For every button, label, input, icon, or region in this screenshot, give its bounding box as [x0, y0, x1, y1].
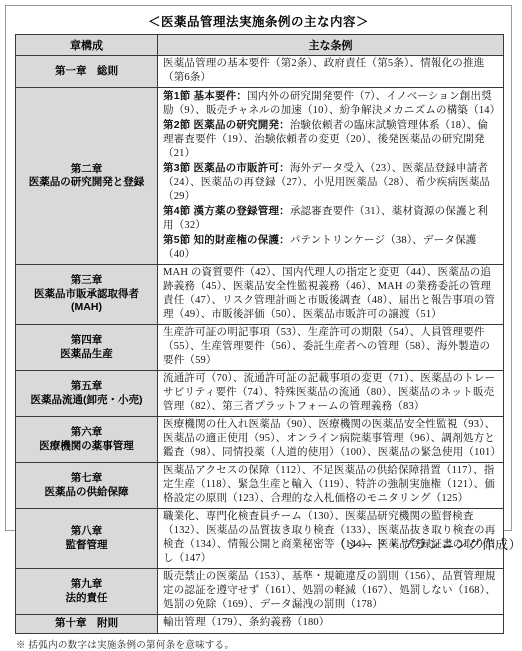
table-row: 第十章 附則輸出管理（179）、条約義務（180） [16, 615, 504, 634]
article-item: 第3節 医薬品の市販許可：海外データ受入（23）、医薬品登録申請者（24）、医薬… [163, 161, 498, 204]
header-articles-column: 主な条例 [158, 35, 504, 56]
articles-cell: 第1節 基本要件：国内外の研究開発要件（7）、イノベーション創出奨励（9）、販売… [158, 88, 504, 265]
articles-cell: 医薬品管理の基本要件（第2条）、政府責任（第5条）、情報化の推進（第6条） [158, 56, 504, 88]
source-credit: （シード・プランニング作成） [333, 534, 522, 553]
chapter-cell: 第六章医療機関の薬事管理 [16, 417, 158, 463]
table-row: 第二章医薬品の研究開発と登録第1節 基本要件：国内外の研究開発要件（7）、イノベ… [16, 88, 504, 265]
chapter-cell: 第三章医薬品市販承認取得者(MAH) [16, 265, 158, 325]
article-item: 医薬品管理の基本要件（第2条）、政府責任（第5条）、情報化の推進（第6条） [163, 57, 498, 85]
article-item: 医薬品アクセスの保障（112）、不足医薬品の供給保障措置（117）、指定生産（1… [163, 464, 498, 506]
chapter-cell: 第四章医薬品生産 [16, 325, 158, 371]
article-item: 輸出管理（179）、条約義務（180） [163, 616, 498, 630]
article-item: 第1節 基本要件：国内外の研究開発要件（7）、イノベーション創出奨励（9）、販売… [163, 89, 498, 118]
table-row: 第一章 総則医薬品管理の基本要件（第2条）、政府責任（第5条）、情報化の推進（第… [16, 56, 504, 88]
document-canvas: ＜医薬品管理法実施条例の主な内容＞ 章構成 主な条例 第一章 総則医薬品管理の基… [0, 0, 522, 555]
header-row: 章構成 主な条例 [16, 35, 504, 56]
article-item: 第5節 知的財産権の保護：パテントリンケージ（38）、データ保護（40） [163, 233, 498, 262]
table-row: 第七章医薬品の供給保障医薬品アクセスの保障（112）、不足医薬品の供給保障措置（… [16, 463, 504, 509]
article-item: 第2節 医薬品の研究開発：治験依頼者の臨床試験管理体系（18）、倫理審査要件（1… [163, 118, 498, 161]
articles-cell: 輸出管理（179）、条約義務（180） [158, 615, 504, 634]
article-item: MAH の資質要件（42）、国内代理人の指定と変更（44）、医薬品の追跡義務（4… [163, 266, 498, 322]
chapter-cell: 第十章 附則 [16, 615, 158, 634]
chapter-cell: 第五章医薬品流通(卸売・小売) [16, 371, 158, 417]
article-item: 医療機関の仕入れ医薬品（90）、医療機関の医薬品安全性監視（93）、医薬品の適正… [163, 418, 498, 460]
article-item: 生産許可証の明記事項（53）、生産許可の期限（54）、人員管理要件（55）、生産… [163, 326, 498, 368]
section-label: 第1節 基本要件： [163, 90, 247, 102]
articles-cell: 医薬品アクセスの保障（112）、不足医薬品の供給保障措置（117）、指定生産（1… [158, 463, 504, 509]
articles-cell: 販売禁止の医薬品（153）、基準・規範違反の罰則（156）、品質管理規定の認証を… [158, 569, 504, 615]
article-item: 販売禁止の医薬品（153）、基準・規範違反の罰則（156）、品質管理規定の認証を… [163, 570, 498, 612]
footnote: ※ 括弧内の数字は実施条例の第何条を意味する。 [16, 637, 511, 651]
table-header: 章構成 主な条例 [16, 35, 504, 56]
articles-cell: 流通許可（70）、流通許可証の記載事項の変更（71）、医薬品のトレーサビリティ要… [158, 371, 504, 417]
section-label: 第4節 漢方薬の登録管理： [163, 205, 290, 217]
section-label: 第2節 医薬品の研究開発： [163, 119, 290, 131]
document-frame: ＜医薬品管理法実施条例の主な内容＞ 章構成 主な条例 第一章 総則医薬品管理の基… [5, 5, 512, 531]
articles-cell: MAH の資質要件（42）、国内代理人の指定と変更（44）、医薬品の追跡義務（4… [158, 265, 504, 325]
chapter-cell: 第七章医薬品の供給保障 [16, 463, 158, 509]
header-chapter-column: 章構成 [16, 35, 158, 56]
chapter-cell: 第九章法的責任 [16, 569, 158, 615]
table-row: 第三章医薬品市販承認取得者(MAH)MAH の資質要件（42）、国内代理人の指定… [16, 265, 504, 325]
article-item: 流通許可（70）、流通許可証の記載事項の変更（71）、医薬品のトレーサビリティ要… [163, 372, 498, 414]
articles-cell: 生産許可証の明記事項（53）、生産許可の期限（54）、人員管理要件（55）、生産… [158, 325, 504, 371]
document-title: ＜医薬品管理法実施条例の主な内容＞ [6, 12, 511, 30]
chapter-cell: 第一章 総則 [16, 56, 158, 88]
section-label: 第3節 医薬品の市販許可： [163, 162, 290, 174]
chapter-cell: 第八章監督管理 [16, 509, 158, 569]
table-row: 第五章医薬品流通(卸売・小売)流通許可（70）、流通許可証の記載事項の変更（71… [16, 371, 504, 417]
table-row: 第六章医療機関の薬事管理医療機関の仕入れ医薬品（90）、医療機関の医薬品安全性監… [16, 417, 504, 463]
table-row: 第四章医薬品生産生産許可証の明記事項（53）、生産許可の期限（54）、人員管理要… [16, 325, 504, 371]
article-item: 第4節 漢方薬の登録管理：承認審査要件（31）、薬材資源の保護と利用（32） [163, 204, 498, 233]
articles-cell: 医療機関の仕入れ医薬品（90）、医療機関の医薬品安全性監視（93）、医薬品の適正… [158, 417, 504, 463]
chapter-cell: 第二章医薬品の研究開発と登録 [16, 88, 158, 265]
section-label: 第5節 知的財産権の保護： [163, 234, 290, 246]
table-row: 第九章法的責任販売禁止の医薬品（153）、基準・規範違反の罰則（156）、品質管… [16, 569, 504, 615]
